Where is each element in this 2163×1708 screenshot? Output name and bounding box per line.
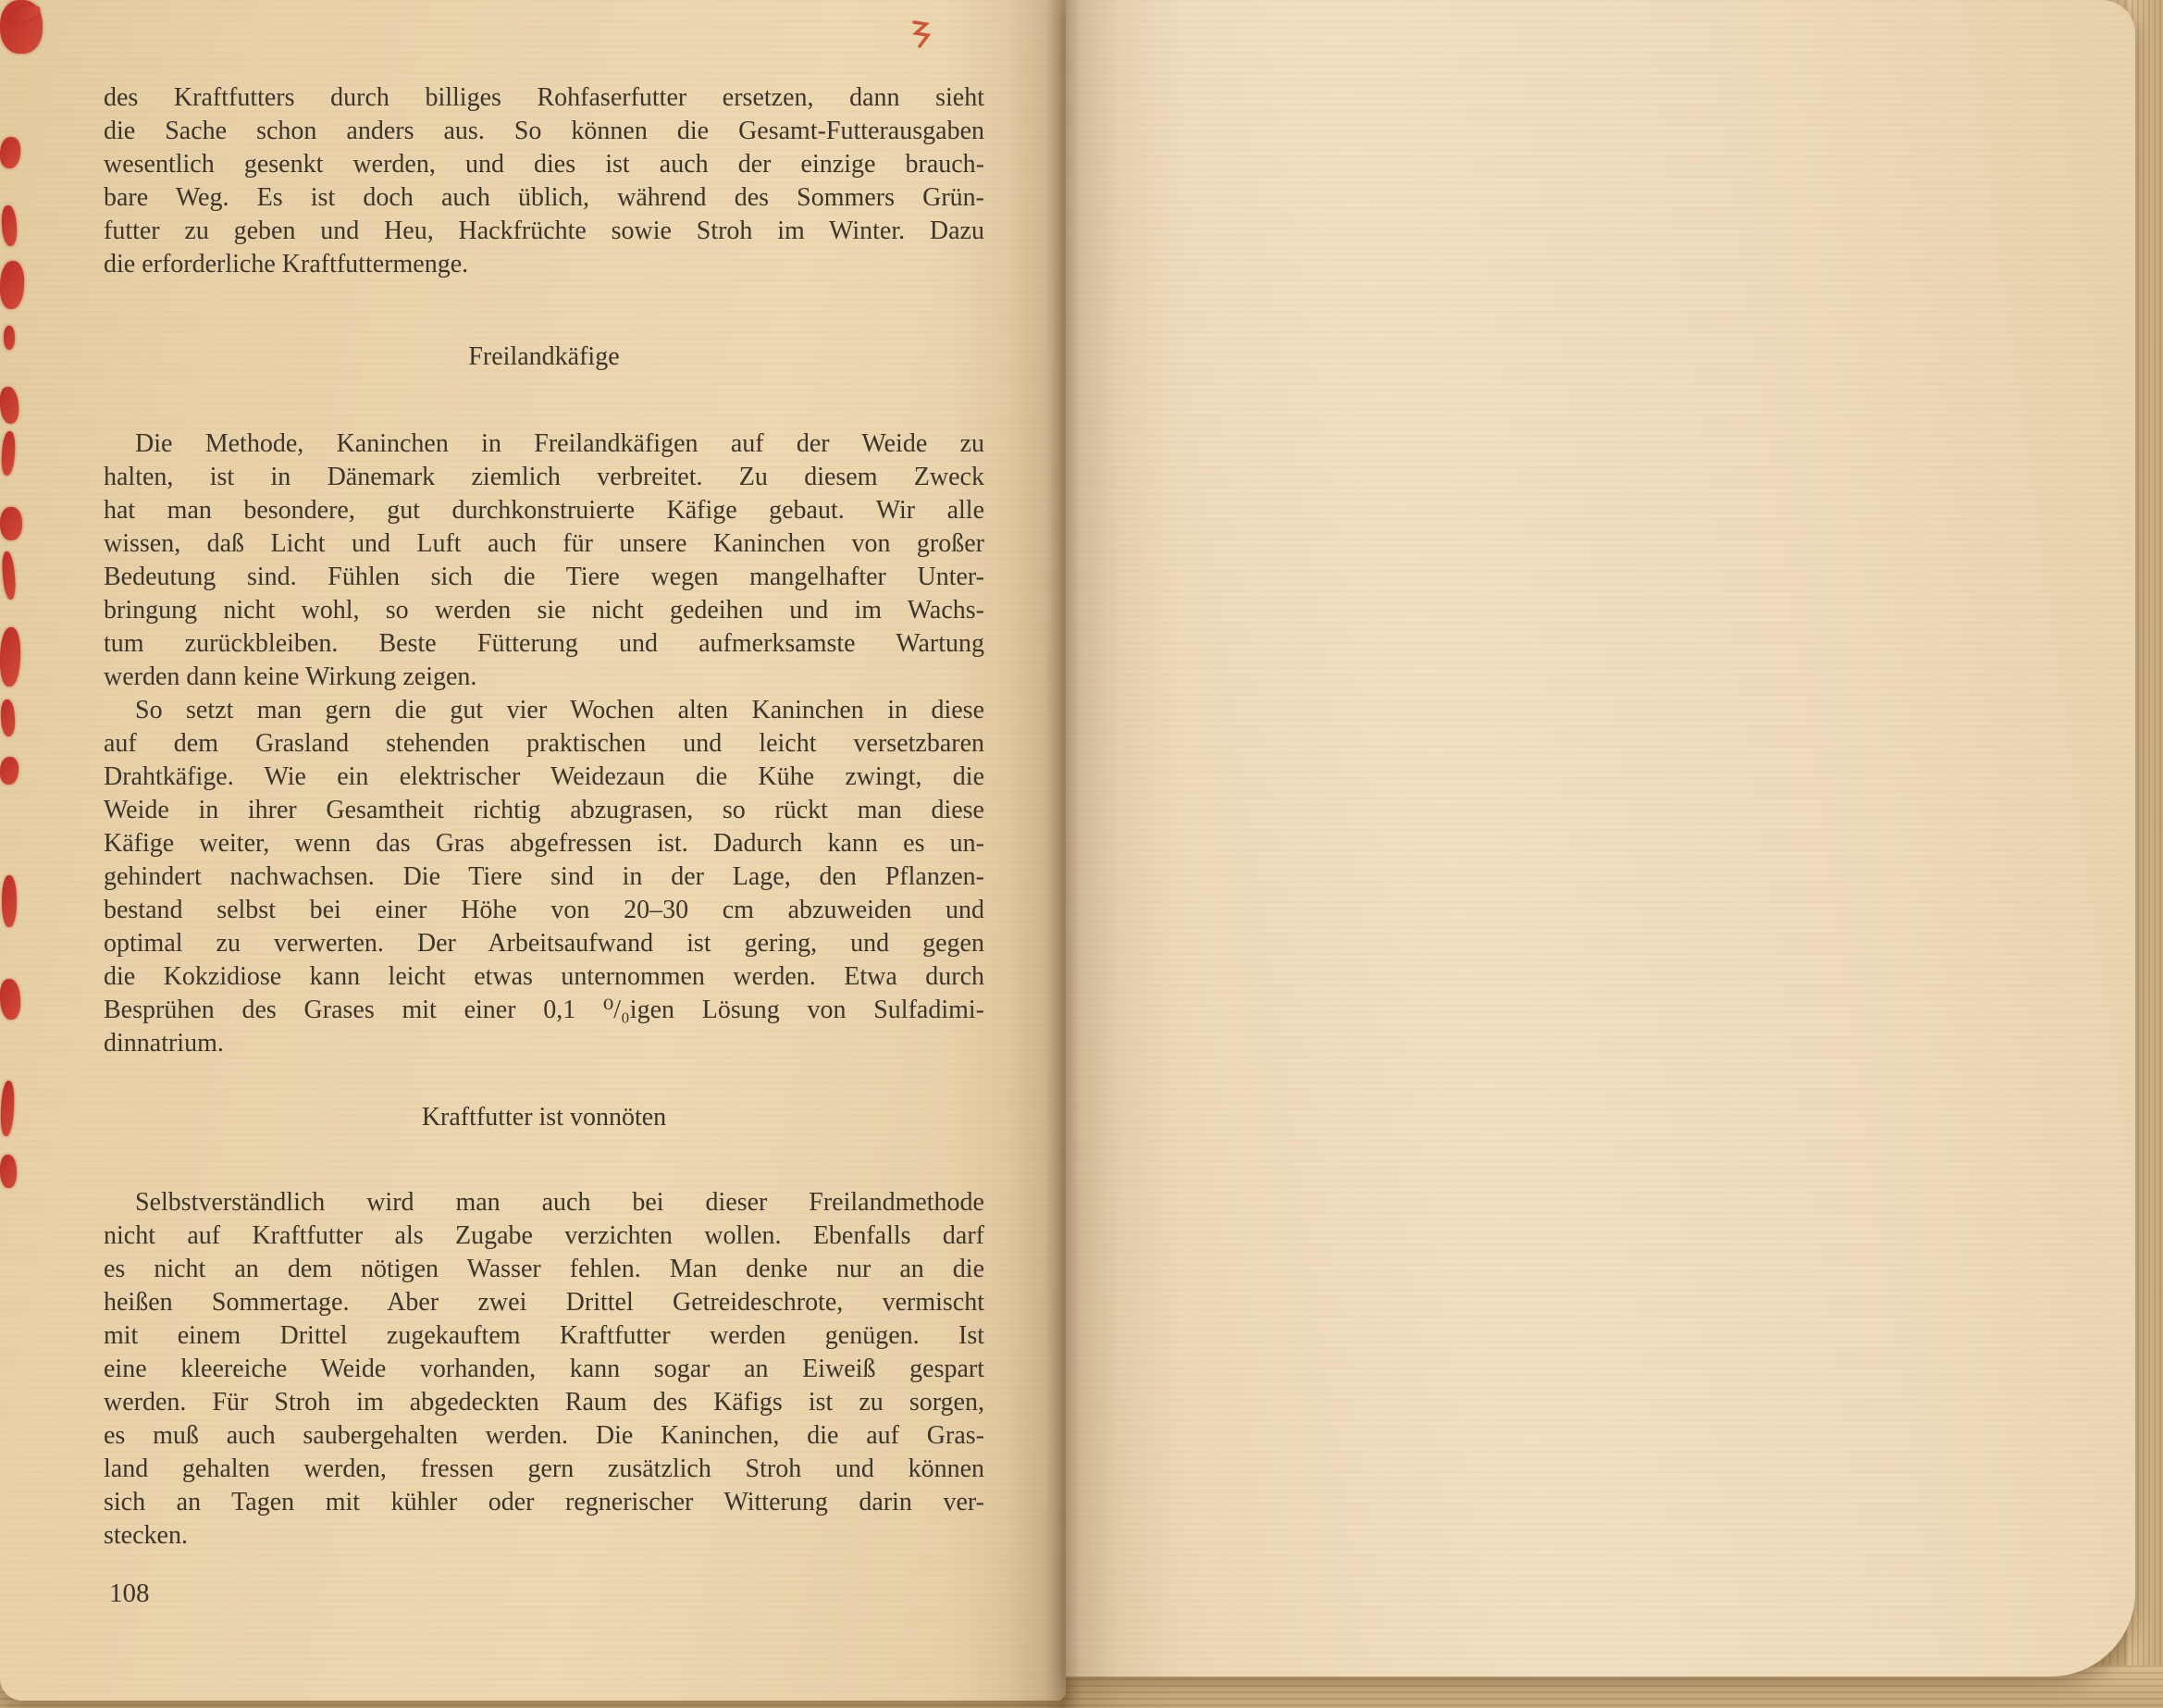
text-line: es muß auch saubergehalten werden. Die K…: [104, 1419, 984, 1453]
paragraph: Die Methode, Kaninchen in Freilandkäfige…: [104, 427, 984, 694]
text-line: hat man besondere, gut durchkonstruierte…: [104, 494, 984, 527]
text-line: Selbstverständlich wird man auch bei die…: [104, 1186, 984, 1219]
text-line: Käfige weiter, wenn das Gras abgefressen…: [104, 827, 984, 860]
text-line: eine kleereiche Weide vorhanden, kann so…: [104, 1353, 984, 1386]
text-line: futter zu geben und Heu, Hackfrüchte sow…: [104, 215, 984, 248]
paragraph: So setzt man gern die gut vier Wochen al…: [104, 694, 984, 1060]
text-line: nicht auf Kraftfutter als Zugabe verzich…: [104, 1219, 984, 1253]
text-line: Weide in ihrer Gesamtheit richtig abzugr…: [104, 794, 984, 827]
text-line: bestand selbst bei einer Höhe von 20–30 …: [104, 894, 984, 927]
text-line: gehindert nachwachsen. Die Tiere sind in…: [104, 860, 984, 894]
text-line: halten, ist in Dänemark ziemlich verbrei…: [104, 461, 984, 494]
left-page: des Kraftfutters durch billiges Rohfaser…: [0, 0, 1066, 1701]
section-heading: Kraftfutter ist vonnöten: [104, 1101, 984, 1134]
page-number-left: 108: [109, 1578, 150, 1609]
paragraph: Selbstverständlich wird man auch bei die…: [104, 1186, 984, 1553]
text-line: sich an Tagen mit kühler oder regnerisch…: [104, 1486, 984, 1519]
section-heading: Freilandkäfige: [104, 340, 984, 374]
text-line: wissen, daß Licht und Luft auch für unse…: [104, 527, 984, 561]
text-line: die Sache schon anders aus. So können di…: [104, 115, 984, 148]
text-line: auf dem Grasland stehenden praktischen u…: [104, 727, 984, 761]
text-line: werden. Für Stroh im abgedeckten Raum de…: [104, 1386, 984, 1419]
text-line: die erforderliche Kraftfuttermenge.: [104, 248, 984, 281]
text-line: stecken.: [104, 1519, 984, 1553]
text-line: optimal zu verwerten. Der Arbeitsaufwand…: [104, 927, 984, 960]
text-line: So setzt man gern die gut vier Wochen al…: [104, 694, 984, 727]
red-edge-mark: [0, 1155, 18, 1189]
text-line: es nicht an dem nötigen Wasser fehlen. M…: [104, 1253, 984, 1286]
text-line: bare Weg. Es ist doch auch üblich, währe…: [104, 181, 984, 215]
text-line: Besprühen des Grases mit einer 0,1 ⁰/₀ig…: [104, 994, 984, 1027]
text-line: Die Methode, Kaninchen in Freilandkäfige…: [104, 427, 984, 461]
right-page: Jütland 1974–1975 und das übrige Dänemar…: [1066, 0, 2135, 1677]
red-edge-mark: [2, 875, 17, 927]
left-page-text: des Kraftfutters durch billiges Rohfaser…: [104, 81, 984, 1553]
text-line: die Kokzidiose kann leicht etwas unterno…: [104, 960, 984, 994]
paragraph: des Kraftfutters durch billiges Rohfaser…: [104, 81, 984, 281]
text-line: heißen Sommertage. Aber zwei Drittel Get…: [104, 1286, 984, 1319]
text-line: Drahtkäfige. Wie ein elektrischer Weidez…: [104, 761, 984, 794]
text-line: land gehalten werden, fressen gern zusät…: [104, 1453, 984, 1486]
book-spread: des Kraftfutters durch billiges Rohfaser…: [0, 0, 2163, 1708]
text-line: dinnatrium.: [104, 1027, 984, 1060]
text-line: Bedeutung sind. Fühlen sich die Tiere we…: [104, 561, 984, 594]
text-line: bringung nicht wohl, so werden sie nicht…: [104, 594, 984, 627]
text-line: tum zurückbleiben. Beste Fütterung und a…: [104, 627, 984, 661]
text-line: mit einem Drittel zugekauftem Kraftfutte…: [104, 1319, 984, 1353]
red-scribble-mark: [910, 19, 933, 50]
text-line: werden dann keine Wirkung zeigen.: [104, 661, 984, 694]
text-line: des Kraftfutters durch billiges Rohfaser…: [104, 81, 984, 115]
red-edge-mark: [4, 326, 15, 350]
text-line: wesentlich gesenkt werden, und dies ist …: [104, 148, 984, 181]
red-edge-mark: [0, 507, 22, 540]
